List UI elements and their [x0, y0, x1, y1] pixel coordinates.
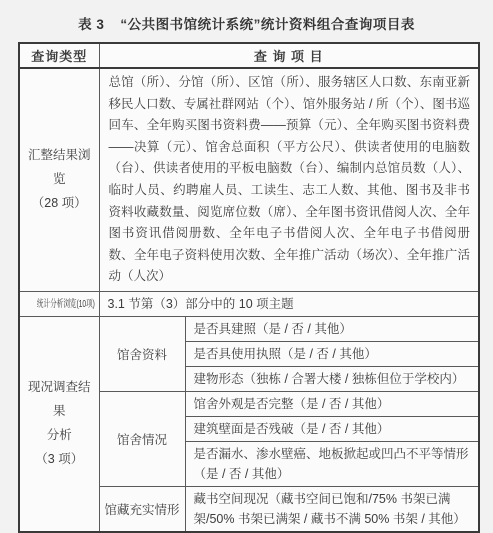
item-leakage: 是否漏水、渗水壁癌、地板掀起或凹凸不平等情形（是 / 否 / 其他） [185, 441, 479, 486]
document-page: 表 3“公共图书馆统计系统”统计资料组合查询项目表 查询类型 查 询 项 目 汇… [0, 0, 493, 533]
group-building-data: 馆舍资料 [99, 316, 185, 391]
analysis-type-label: 统计分析浏览(10项) [37, 299, 95, 311]
table-row-survey: 现况调查结果 分析 （3 项） 馆舍资料 是否具建照（是 / 否 / 其他） [19, 316, 479, 341]
table-header-row: 查询类型 查 询 项 目 [19, 43, 479, 68]
survey-type-cell: 现况调查结果 分析 （3 项） [19, 316, 99, 532]
table-number: 表 3 [78, 17, 104, 32]
item-usage-license: 是否具使用执照（是 / 否 / 其他） [185, 341, 479, 366]
item-shelf-space: 藏书空间现况（藏书空间已饱和/75% 书架已满架/50% 书架已满架 / 藏书不… [185, 486, 479, 532]
header-query-type: 查询类型 [19, 43, 99, 68]
item-wall-damage: 建筑壁面是否残破（是 / 否 / 其他） [185, 416, 479, 441]
item-building-permit: 是否具建照（是 / 否 / 其他） [185, 316, 479, 341]
analysis-type-cell: 统计分析浏览(10项) [19, 291, 99, 316]
item-exterior-intact: 馆舍外观是否完整（是 / 否 / 其他） [185, 391, 479, 416]
group-building-condition: 馆舍情况 [99, 391, 185, 486]
header-query-items: 查 询 项 目 [99, 43, 479, 68]
group-collection-fullness: 馆藏充实情形 [99, 486, 185, 532]
analysis-content-cell: 3.1 节第（3）部分中的 10 项主题 [99, 291, 479, 316]
table-row-analysis: 统计分析浏览(10项) 3.1 节第（3）部分中的 10 项主题 [19, 291, 479, 316]
item-building-form: 建物形态（独栋 / 合署大楼 / 独栋但位于学校内） [185, 366, 479, 391]
table-caption: 表 3“公共图书馆统计系统”统计资料组合查询项目表 [0, 0, 493, 33]
summary-content-cell: 总馆（所）、分馆（所）、区馆（所）、服务辖区人口数、东南亚新移民人口数、专属社群… [99, 68, 479, 291]
query-items-table: 查询类型 查 询 项 目 汇整结果浏览 （28 项） 总馆（所）、分馆（所）、区… [18, 42, 480, 533]
table-row-summary: 汇整结果浏览 （28 项） 总馆（所）、分馆（所）、区馆（所）、服务辖区人口数、… [19, 68, 479, 291]
table-title-text: “公共图书馆统计系统”统计资料组合查询项目表 [120, 17, 415, 32]
summary-type-cell: 汇整结果浏览 （28 项） [19, 68, 99, 291]
